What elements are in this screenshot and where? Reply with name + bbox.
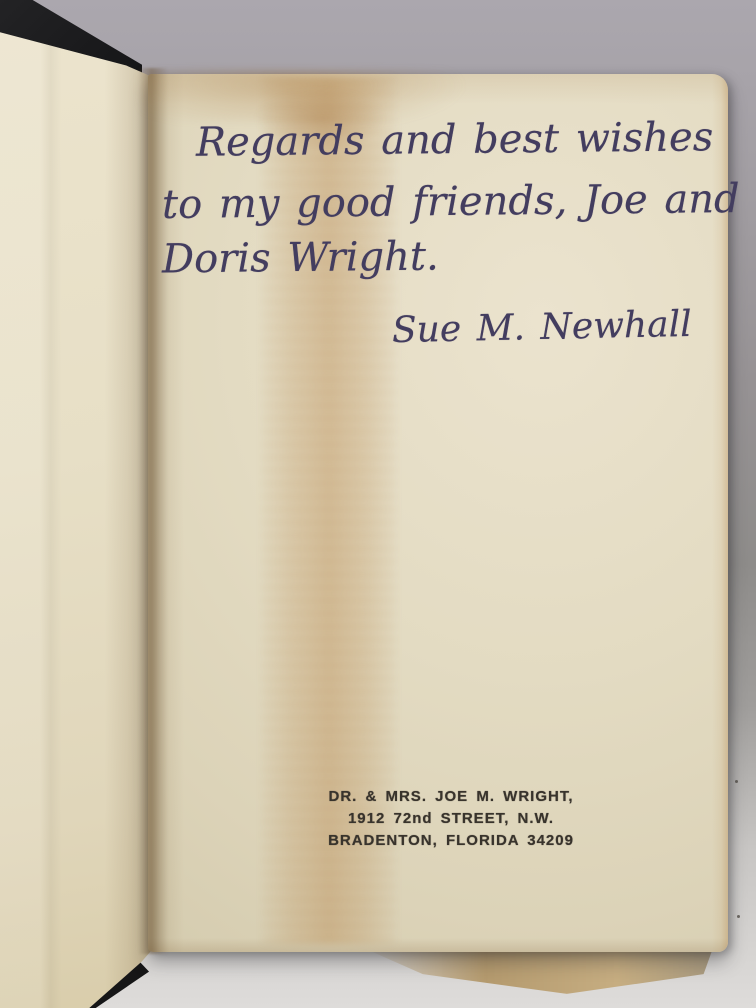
backdrop-speck: [737, 915, 740, 918]
left-endpaper-page: [0, 0, 154, 1008]
inscription-line-3: Doris Wright.: [162, 237, 439, 280]
stamp-line-3: BRADENTON, FLORIDA 34209: [318, 830, 584, 852]
inscription-line-2: to my good friends, Joe and: [162, 179, 740, 225]
inscription-line-1: Regards and best wishes: [196, 117, 714, 162]
inscription-signature: Sue M. Newhall: [392, 307, 692, 349]
backdrop-speck: [735, 780, 738, 783]
stamp-line-2: 1912 72nd STREET, N.W.: [318, 808, 584, 830]
photo-open-book: Regards and best wishes to my good frien…: [0, 0, 756, 1008]
stamp-line-1: DR. & MRS. JOE M. WRIGHT,: [318, 786, 584, 808]
address-stamp: DR. & MRS. JOE M. WRIGHT, 1912 72nd STRE…: [318, 786, 584, 852]
